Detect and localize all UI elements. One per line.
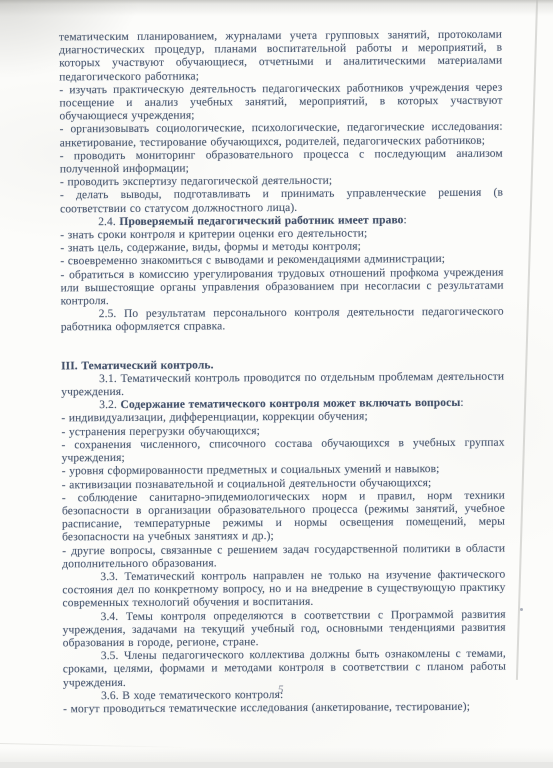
bullet-item: - соблюдение санитарно-эпидемиологически… bbox=[62, 489, 505, 545]
bullet-item: - организовывать социологические, психол… bbox=[60, 121, 503, 150]
bullet-item: - могут проводиться тематические исследо… bbox=[63, 701, 506, 717]
clause-number: 2.4. bbox=[98, 216, 119, 228]
paper-right-edge-line bbox=[516, 0, 538, 680]
bullet-item: - изучать практическую деятельность педа… bbox=[59, 81, 502, 123]
clause-title-tail: : bbox=[403, 214, 406, 226]
clause-title-tail: : bbox=[460, 397, 463, 409]
scan-bottom-edge-band bbox=[0, 762, 553, 768]
bullet-item: - другие вопросы, связанные с решением з… bbox=[62, 542, 505, 571]
clause-number: 3.2. bbox=[99, 399, 120, 411]
bullet-item: - обратиться в комиссию урегулирования т… bbox=[60, 266, 503, 308]
clause-3-1: 3.1. Тематический контроль проводится по… bbox=[61, 371, 504, 400]
clause-title: Проверяемый педагогический работник имее… bbox=[119, 214, 403, 228]
paragraph-continuation: тематическим планированием, журналами уч… bbox=[59, 29, 502, 85]
scan-ink-speck bbox=[520, 608, 523, 611]
bullet-item: - уровня сформированности предметных и с… bbox=[62, 463, 505, 479]
bullet-item: - проводить мониторинг образовательного … bbox=[60, 147, 503, 176]
clause-2-5: 2.5. По результатам персонального контро… bbox=[61, 306, 504, 335]
page-number: 5 bbox=[58, 684, 503, 696]
scan-bottom-fade bbox=[0, 748, 553, 762]
clause-3-4: 3.4. Темы контроля определяются в соотве… bbox=[63, 608, 506, 650]
scan-top-edge-shadow bbox=[0, 0, 553, 16]
page-text-column: тематическим планированием, журналами уч… bbox=[59, 29, 506, 717]
bullet-item: - делать выводы, подготавливать и приним… bbox=[60, 187, 503, 216]
clause-title: Содержание тематического контроля может … bbox=[120, 397, 460, 411]
scanned-document-page: тематическим планированием, журналами уч… bbox=[0, 0, 553, 768]
paper-crease-mark bbox=[0, 743, 190, 748]
clause-3-3: 3.3. Тематический контроль направлен не … bbox=[62, 569, 505, 611]
bullet-item: - сохранения численного, списочного сост… bbox=[61, 437, 504, 466]
